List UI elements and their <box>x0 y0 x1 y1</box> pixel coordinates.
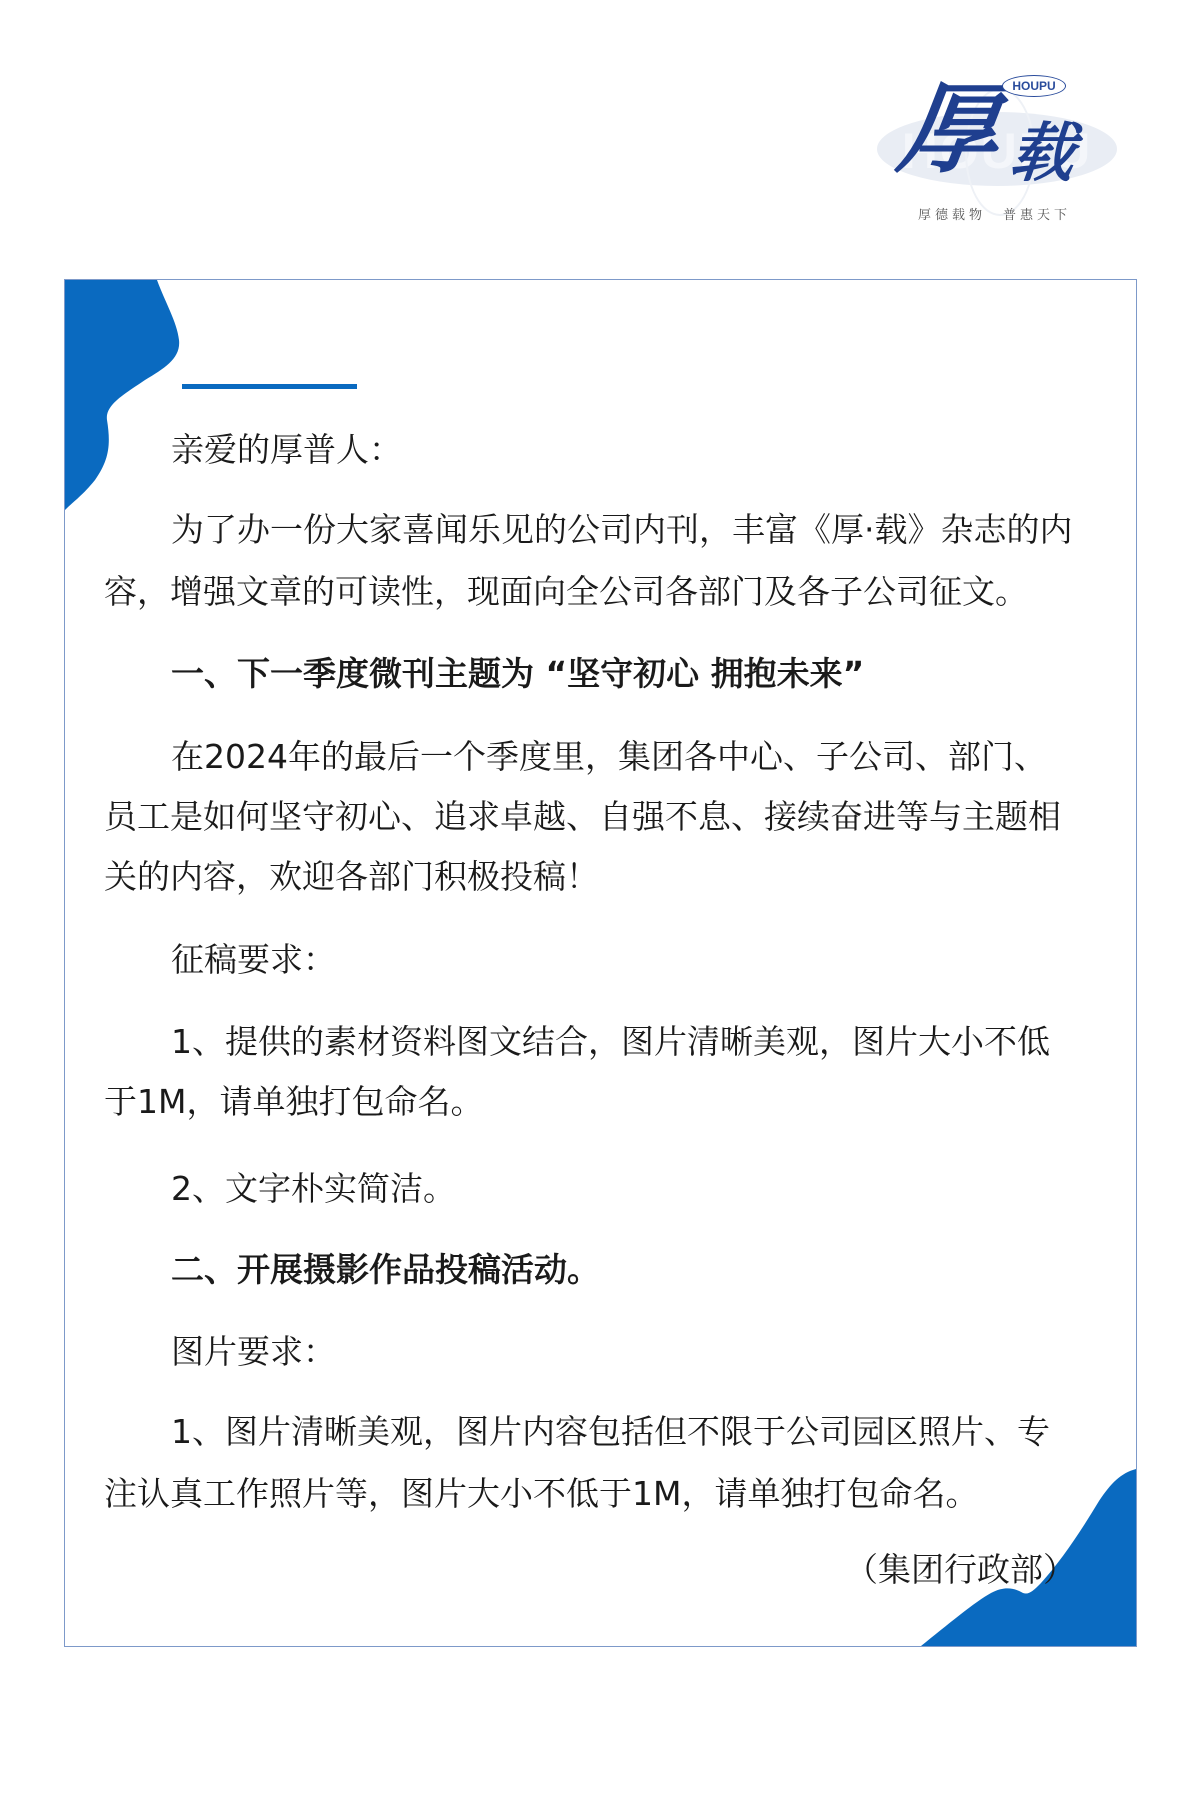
section2-heading: 二、开展摄影作品投稿活动。 <box>171 1252 600 1288</box>
signature-department: （集团行政部） <box>845 1552 1076 1588</box>
logo-tagline: 厚德载物 普惠天下 <box>918 204 1071 223</box>
title-accent-bar <box>182 384 357 389</box>
intro-line-1: 为了办一份大家喜闻乐见的公司内刊，丰富《厚·载》杂志的内 <box>171 512 1073 548</box>
letter-frame: 亲爱的厚普人： 为了办一份大家喜闻乐见的公司内刊，丰富《厚·载》杂志的内 容，增… <box>64 279 1137 1647</box>
requirement1-line-2: 于1M，请单独打包命名。 <box>104 1084 483 1120</box>
section1-line-1: 在2024年的最后一个季度里，集团各中心、子公司、部门、 <box>171 739 1047 775</box>
photo-requirement1-line-2: 注认真工作照片等，图片大小不低于1M，请单独打包命名。 <box>104 1476 978 1512</box>
photo-requirements-label: 图片要求： <box>171 1334 336 1370</box>
logo-calligraphy-hou: 厚 <box>893 78 1007 178</box>
requirements-label: 征稿要求： <box>171 942 336 978</box>
requirement2: 2、文字朴实简洁。 <box>171 1171 456 1207</box>
logo-calligraphy-zai: 载 <box>1007 122 1078 186</box>
greeting: 亲爱的厚普人： <box>171 432 402 468</box>
photo-requirement1-line-1: 1、图片清晰美观，图片内容包括但不限于公司园区照片、专 <box>171 1414 1050 1450</box>
houpu-logo: HOUPU 厚 载 HOUPU 厚德载物 普惠天下 <box>870 60 1130 235</box>
wave-decoration-top-left <box>65 280 195 510</box>
requirement1-line-1: 1、提供的素材资料图文结合，图片清晰美观，图片大小不低 <box>171 1024 1050 1060</box>
section1-line-3: 关的内容，欢迎各部门积极投稿！ <box>104 859 599 895</box>
houpu-badge: HOUPU <box>1002 75 1066 97</box>
section1-line-2: 员工是如何坚守初心、追求卓越、自强不息、接续奋进等与主题相 <box>104 799 1061 835</box>
intro-line-2: 容，增强文章的可读性，现面向全公司各部门及各子公司征文。 <box>104 574 1028 610</box>
section1-heading: 一、下一季度微刊主题为 “坚守初心 拥抱未来” <box>171 656 864 692</box>
